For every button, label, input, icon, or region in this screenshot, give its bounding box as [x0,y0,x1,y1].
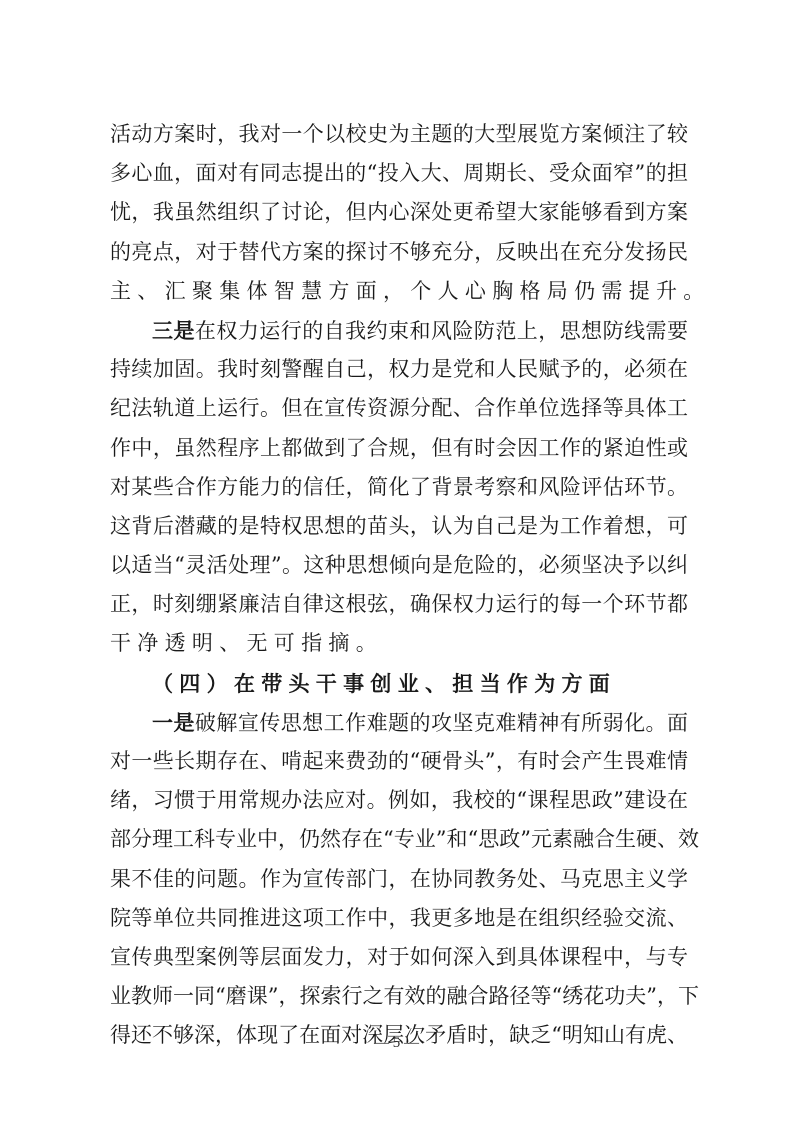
line-text: 宣传典型案例等层面发力，对于如何深入到具体课程中，与专 [110,945,688,969]
text-line-paragraph-start: 三是在权力运行的自我约束和风险防范上，思想防线需要 [110,311,688,350]
line-text: 持续加固。我时刻警醒自己，权力是党和人民赋予的，必须在 [110,357,688,381]
line-text: 正，时刻绷紧廉洁自律这根弦，确保权力运行的每一个环节都 [110,592,688,616]
line-text: 多心血，面对有同志提出的“投入大、周期长、受众面窄”的担 [110,161,688,185]
text-line: 部分理工科专业中，仍然存在“专业”和“思政”元素融合生硬、效 [110,820,688,859]
line-text: 纪法轨道上运行。但在宣传资源分配、合作单位选择等具体工 [110,396,688,420]
text-line: 宣传典型案例等层面发力，对于如何深入到具体课程中，与专 [110,938,688,977]
line-text: 院等单位共同推进这项工作中，我更多地是在组织经验交流、 [110,906,688,930]
text-line: 这背后潜藏的是特权思想的苗头，认为自己是为工作着想，可 [110,507,688,546]
text-line: 对某些合作方能力的信任，简化了背景考察和风险评估环节。 [110,468,688,507]
paragraph-lead-bold: 一是 [152,710,195,735]
text-line-paragraph-end: 主、汇聚集体智慧方面，个人心胸格局仍需提升。 [110,272,688,311]
text-line: 业教师一同“磨课”，探索行之有效的融合路径等“绣花功夫”，下 [110,977,688,1016]
text-line: 纪法轨道上运行。但在宣传资源分配、合作单位选择等具体工 [110,389,688,428]
line-text: 破解宣传思想工作难题的攻坚克难精神有所弱化。面 [195,711,688,735]
text-line: 作中，虽然程序上都做到了合规，但有时会因工作的紧迫性或 [110,429,688,468]
text-line: 院等单位共同推进这项工作中，我更多地是在组织经验交流、 [110,899,688,938]
line-text: 主、汇聚集体智慧方面，个人心胸格局仍需提升。 [110,279,711,303]
line-text: 对一些长期存在、啃起来费劲的“硬骨头”，有时会产生畏难情 [110,749,688,773]
text-line: 对一些长期存在、啃起来费劲的“硬骨头”，有时会产生畏难情 [110,742,688,781]
text-line: 活动方案时，我对一个以校史为主题的大型展览方案倾注了较 [110,115,688,154]
text-line: 持续加固。我时刻警醒自己，权力是党和人民赋予的，必须在 [110,350,688,389]
text-line: 正，时刻绷紧廉洁自律这根弦，确保权力运行的每一个环节都 [110,585,688,624]
text-line: 以适当“灵活处理”。这种思想倾向是危险的，必须坚决予以纠 [110,546,688,585]
document-page: 活动方案时，我对一个以校史为主题的大型展览方案倾注了较 多心血，面对有同志提出的… [0,0,793,1122]
text-line-paragraph-end: 干净透明、无可指摘。 [110,624,688,663]
line-text: 干净透明、无可指摘。 [110,631,383,655]
text-line: 果不佳的问题。作为宣传部门，在协同教务处、马克思主义学 [110,860,688,899]
text-line-paragraph-start: 一是破解宣传思想工作难题的攻坚克难精神有所弱化。面 [110,703,688,742]
section-heading: （四）在带头干事创业、担当作为方面 [110,664,688,703]
line-text: 的亮点，对于替代方案的探讨不够充分，反映出在充分发扬民 [110,240,688,264]
line-text: 部分理工科专业中，仍然存在“专业”和“思政”元素融合生硬、效 [110,827,699,851]
line-text: 活动方案时，我对一个以校史为主题的大型展览方案倾注了较 [110,122,688,146]
text-line: 的亮点，对于替代方案的探讨不够充分，反映出在充分发扬民 [110,233,688,272]
text-line: 多心血，面对有同志提出的“投入大、周期长、受众面窄”的担 [110,154,688,193]
text-line: 忧，我虽然组织了讨论，但内心深处更希望大家能够看到方案 [110,193,688,232]
line-text: 作中，虽然程序上都做到了合规，但有时会因工作的紧迫性或 [110,436,688,460]
line-text: 绪，习惯于用常规办法应对。例如，我校的“课程思政”建设在 [110,788,688,812]
line-text: 这背后潜藏的是特权思想的苗头，认为自己是为工作着想，可 [110,514,688,538]
body-text: 活动方案时，我对一个以校史为主题的大型展览方案倾注了较 多心血，面对有同志提出的… [110,115,688,1056]
line-text: 以适当“灵活处理”。这种思想倾向是危险的，必须坚决予以纠 [110,553,688,577]
line-text: 在权力运行的自我约束和风险防范上，思想防线需要 [195,319,688,343]
line-text: 对某些合作方能力的信任，简化了背景考察和风险评估环节。 [110,475,688,499]
paragraph-lead-bold: 三是 [152,318,195,343]
heading-text: （四）在带头干事创业、担当作为方面 [152,671,616,696]
text-line: 绪，习惯于用常规办法应对。例如，我校的“课程思政”建设在 [110,781,688,820]
line-text: 忧，我虽然组织了讨论，但内心深处更希望大家能够看到方案 [110,200,688,224]
line-text: 果不佳的问题。作为宣传部门，在协同教务处、马克思主义学 [110,867,688,891]
page-number: — 5 — [0,1035,793,1052]
line-text: 业教师一同“磨课”，探索行之有效的融合路径等“绣花功夫”，下 [110,984,699,1008]
